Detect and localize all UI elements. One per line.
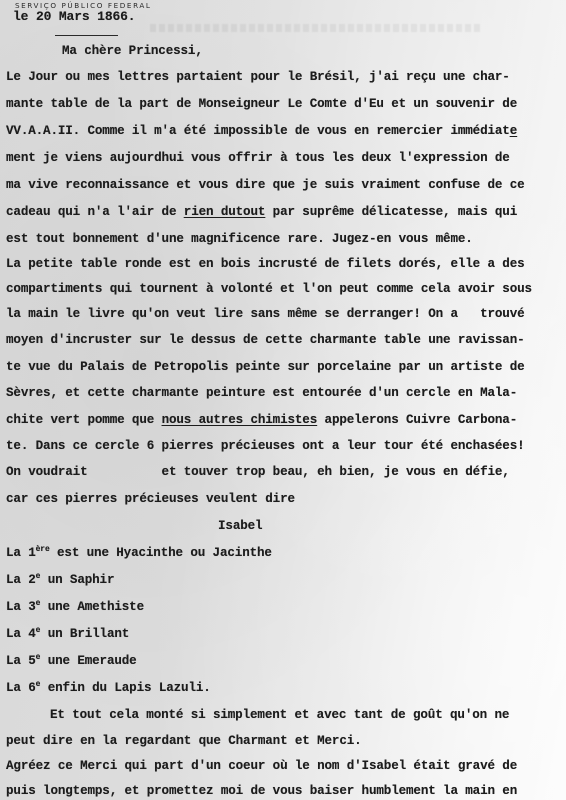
body-line: te. Dans ce cercle 6 pierres précieuses … (6, 439, 525, 453)
stone-ordinal: La 4 (6, 627, 36, 641)
body-line: ma vive reconnaissance et vous dire que … (6, 178, 525, 192)
body-line: cadeau qui n'a l'air de rien dutout par … (6, 205, 517, 219)
body-line-text: chite vert pomme que (6, 413, 162, 427)
ordinal-suffix: ère (36, 545, 50, 554)
underlined-letter: e (510, 124, 517, 138)
stone-ordinal: La 1 (6, 546, 36, 560)
body-line: Sèvres, et cette charmante peinture est … (6, 386, 517, 400)
body-line: On voudrait et touver trop beau, eh bien… (6, 465, 510, 479)
stone-line: La 5e une Emeraude (6, 654, 137, 668)
stone-ordinal: La 6 (6, 681, 36, 695)
stone-text: une Amethiste (40, 600, 144, 614)
body-line: mante table de la part de Monseigneur Le… (6, 97, 517, 111)
closing-line: puis longtemps, et promettez moi de vous… (6, 784, 517, 798)
stone-text: est une Hyacinthe ou Jacinthe (50, 546, 272, 560)
underlined-phrase: nous autres chimistes (162, 413, 318, 427)
body-line: compartiments qui tournent à volonté et … (6, 282, 532, 296)
paper-texture (0, 0, 566, 800)
closing-line: Et tout cela monté si simplement et avec… (50, 708, 509, 722)
stone-line: La 1ère est une Hyacinthe ou Jacinthe (6, 546, 272, 560)
salutation: Ma chère Princessi, (62, 44, 203, 58)
body-line: te vue du Palais de Petropolis peinte su… (6, 360, 525, 374)
stone-ordinal: La 2 (6, 573, 36, 587)
stone-text: un Saphir (40, 573, 114, 587)
body-line-text: par suprême délicatesse, mais qui (265, 205, 517, 219)
body-line: chite vert pomme que nous autres chimist… (6, 413, 517, 427)
body-line: est tout bonnement d'une magnificence ra… (6, 232, 473, 246)
scanned-letter-page: SERVIÇO PÚBLICO FEDERAL le 20 Mars 1866.… (0, 0, 566, 800)
stone-ordinal: La 5 (6, 654, 36, 668)
stone-line: La 3e une Amethiste (6, 600, 144, 614)
stone-line: La 2e un Saphir (6, 573, 114, 587)
stone-line: La 6e enfin du Lapis Lazuli. (6, 681, 211, 695)
stone-line: La 4e un Brillant (6, 627, 129, 641)
body-line-text: cadeau qui n'a l'air de (6, 205, 184, 219)
body-line: VV.A.A.II. Comme il m'a été impossible d… (6, 124, 517, 138)
body-line: Le Jour ou mes lettres partaient pour le… (6, 70, 510, 84)
closing-line: Agréez ce Merci qui part d'un coeur où l… (6, 759, 517, 773)
stone-text: un Brillant (40, 627, 129, 641)
body-line: La petite table ronde est en bois incrus… (6, 257, 525, 271)
body-line: la main le livre qu'on veut lire sans mê… (6, 307, 525, 321)
date-underline-rule (55, 35, 118, 36)
body-line: ment je viens aujourdhui vous offrir à t… (6, 151, 510, 165)
stone-ordinal: La 3 (6, 600, 36, 614)
body-line: car ces pierres précieuses veulent dire (6, 492, 295, 506)
body-line-text: appelerons Cuivre Carbona- (317, 413, 517, 427)
body-line: moyen d'incruster sur le dessus de cette… (6, 333, 525, 347)
stone-text: une Emeraude (40, 654, 136, 668)
letter-date: le 20 Mars 1866. (13, 9, 135, 24)
underlined-phrase: rien dutout (184, 205, 265, 219)
bleed-through-text (150, 24, 480, 32)
body-line-text: VV.A.A.II. Comme il m'a été impossible d… (6, 124, 517, 138)
acrostic-title: Isabel (218, 519, 262, 533)
closing-line: peut dire en la regardant que Charmant e… (6, 734, 362, 748)
stone-text: enfin du Lapis Lazuli. (40, 681, 210, 695)
